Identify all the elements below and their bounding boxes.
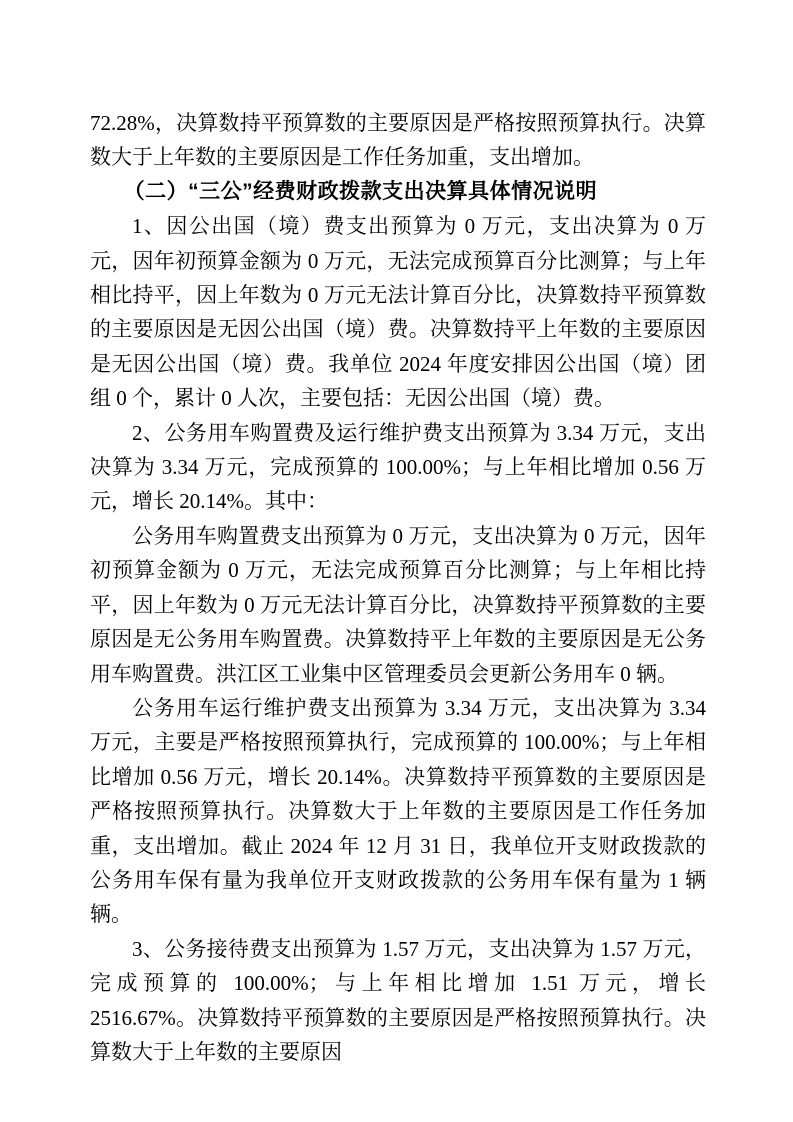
paragraph-official-reception: 3、公务接待费支出预算为 1.57 万元，支出决算为 1.57 万元，完成预算的… [90, 932, 706, 1070]
paragraph-vehicle-total: 2、公务用车购置费及运行维护费支出预算为 3.34 万元，支出决算为 3.34 … [90, 416, 706, 519]
paragraph-vehicle-maintenance: 公务用车运行维护费支出预算为 3.34 万元，支出决算为 3.34 万元，主要是… [90, 691, 706, 932]
paragraph-vehicle-purchase: 公务用车购置费支出预算为 0 万元，支出决算为 0 万元，因年初预算金额为 0 … [90, 519, 706, 691]
document-content: 72.28%，决算数持平预算数的主要原因是严格按照预算执行。决算数大于上年数的主… [90, 106, 706, 1069]
document-page: 72.28%，决算数持平预算数的主要原因是严格按照预算执行。决算数大于上年数的主… [0, 0, 793, 1122]
paragraph-overseas-trips: 1、因公出国（境）费支出预算为 0 万元，支出决算为 0 万元，因年初预算金额为… [90, 209, 706, 415]
section-heading: （二）“三公”经费财政拨款支出决算具体情况说明 [90, 175, 706, 209]
paragraph-carryover: 72.28%，决算数持平预算数的主要原因是严格按照预算执行。决算数大于上年数的主… [90, 106, 706, 175]
